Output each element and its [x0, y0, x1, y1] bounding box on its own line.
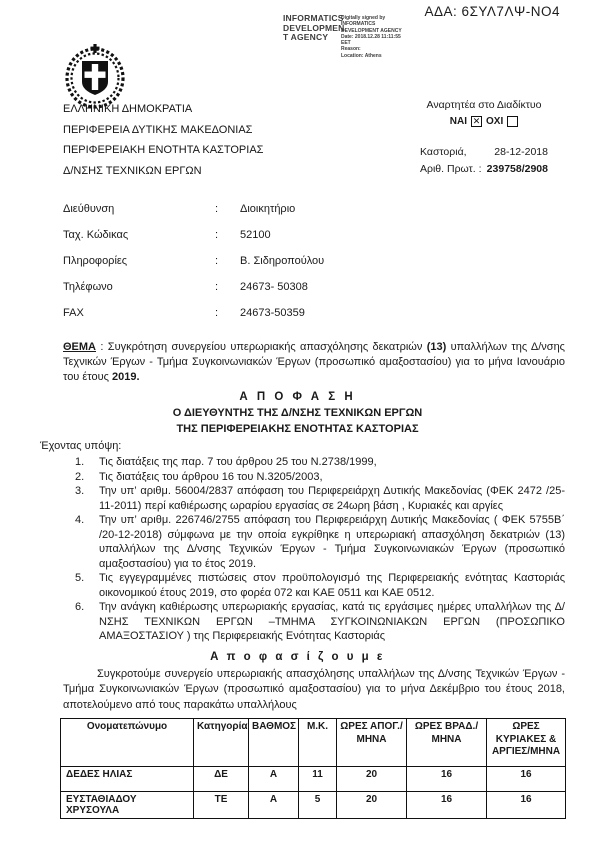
header-cell-afternoon: ΩΡΕΣ ΑΠΟΓ./ΜΗΝΑ [337, 719, 407, 767]
item-text: Τις διατάξεις της παρ. 7 του άρθρου 25 τ… [99, 455, 565, 470]
contact-value: 52100 [240, 229, 271, 241]
protocol-number: 239758/2908 [487, 163, 548, 175]
having-regard-label: Έχοντας υπόψη: [40, 440, 565, 452]
item-number: 5. [75, 571, 99, 600]
employee-sunday-hours: 16 [487, 767, 566, 792]
item-text: Τις διατάξεις του άρθρου 16 του Ν.3205/2… [99, 470, 565, 485]
employee-mk: 11 [299, 767, 337, 792]
posting-yes-no-row: ΝΑΙ ✕ ΟΧΙ [420, 116, 548, 127]
page-header: ΑΔΑ: 6ΣΥΛ7ΛΨ-ΝΟ4 INFORMATICS DEVELOPMEN … [0, 0, 595, 197]
employee-night-hours: 16 [407, 792, 487, 819]
hypothesis-item: 4. Την υπ’ αριθμ. 226746/2755 απόφαση το… [75, 513, 565, 571]
header-cell-grade: ΒΑΘΜΟΣ [249, 719, 299, 767]
hypotheses-list: 1. Τις διατάξεις της παρ. 7 του άρθρου 2… [75, 455, 565, 644]
contact-info-section: Διεύθυνση : Διοικητήριο Ταχ. Κώδικας : 5… [63, 203, 595, 333]
yes-checkbox: ✕ [471, 116, 482, 127]
header-cell-name: Ονοματεπώνυμο [61, 719, 194, 767]
table-row: ΔΕΔΕΣ ΗΛΙΑΣ ΔΕ Α 11 20 16 16 [61, 767, 566, 792]
employee-category: ΤΕ [194, 792, 249, 819]
hypothesis-item: 6. Την ανάγκη καθιέρωσης υπερωριακής εργ… [75, 600, 565, 644]
org-line: Δ/ΝΣΗΣ ΤΕΧΝΙΚΩΝ ΕΡΓΩΝ [63, 161, 263, 182]
org-line: ΠΕΡΙΦΕΡΕΙΑ ΔΥΤΙΚΗΣ ΜΑΚΕΔΟΝΙΑΣ [63, 120, 263, 141]
hypothesis-item: 3. Την υπ’ αριθμ. 56004/2837 απόφαση του… [75, 484, 565, 513]
decision-subtitle: ΤΗΣ ΠΕΡΙΦΕΡΕΙΑΚΗΣ ΕΝΟΤΗΤΑΣ ΚΑΣΤΟΡΙΑΣ [0, 423, 595, 435]
org-line: ΕΛΛΗΝΙΚΗ ΔΗΜΟΚΡΑΤΙΑ [63, 99, 263, 120]
contact-value: 24673-50359 [240, 307, 305, 319]
item-text: Την υπ’ αριθμ. 56004/2837 απόφαση του Πε… [99, 484, 565, 513]
employee-sunday-hours: 16 [487, 792, 566, 819]
contact-row: Διεύθυνση : Διοικητήριο [63, 203, 595, 229]
colon: : [215, 229, 240, 241]
employee-afternoon-hours: 20 [337, 767, 407, 792]
contact-label: Τηλέφωνο [63, 281, 215, 293]
contact-value: Β. Σιδηροπούλου [240, 255, 324, 267]
no-checkbox [507, 116, 518, 127]
header-cell-night: ΩΡΕΣ ΒΡΑΔ./ΜΗΝΑ [407, 719, 487, 767]
contact-label: Ταχ. Κώδικας [63, 229, 215, 241]
item-number: 4. [75, 513, 99, 571]
digital-signature-details: Digitally signed by INFORMATICS DEVELOPM… [341, 15, 421, 59]
contact-label: FAX [63, 307, 215, 319]
decision-title: Α Π Ο Φ Α Σ Η [0, 391, 595, 403]
colon: : [215, 307, 240, 319]
issuing-authority-block: ΕΛΛΗΝΙΚΗ ΔΗΜΟΚΡΑΤΙΑ ΠΕΡΙΦΕΡΕΙΑ ΔΥΤΙΚΗΣ Μ… [63, 99, 263, 181]
colon: : [215, 255, 240, 267]
contact-value: Διοικητήριο [240, 203, 295, 215]
yes-label: ΝΑΙ [450, 116, 467, 127]
item-text: Την ανάγκη καθιέρωσης υπερωριακής εργασί… [99, 600, 565, 644]
colon: : [215, 281, 240, 293]
decide-heading: Α π ο φ α σ ί ζ ο υ μ ε [0, 651, 595, 663]
contact-row: Πληροφορίες : Β. Σιδηροπούλου [63, 255, 595, 281]
document-page: ΑΔΑ: 6ΣΥΛ7ΛΨ-ΝΟ4 INFORMATICS DEVELOPMEN … [0, 0, 595, 842]
hypothesis-item: 1. Τις διατάξεις της παρ. 7 του άρθρου 2… [75, 455, 565, 470]
contact-row: Τηλέφωνο : 24673- 50308 [63, 281, 595, 307]
contact-row: Ταχ. Κώδικας : 52100 [63, 229, 595, 255]
employee-category: ΔΕ [194, 767, 249, 792]
check-icon: ✕ [473, 117, 481, 126]
subject-label: ΘΕΜΑ [63, 341, 96, 353]
internet-posting-notice: Αναρτητέα στο Διαδίκτυο [420, 99, 548, 111]
ada-code: ΑΔΑ: 6ΣΥΛ7ΛΨ-ΝΟ4 [0, 4, 560, 19]
employee-grade: Α [249, 767, 299, 792]
agency-line: T AGENCY [283, 33, 341, 43]
employee-afternoon-hours: 20 [337, 792, 407, 819]
header-cell-sundays: ΩΡΕΣ ΚΥΡΙΑΚΕΣ & ΑΡΓΙΕΣ/ΜΗΝΑ [487, 719, 566, 767]
header-cell-mk: Μ.Κ. [299, 719, 337, 767]
no-label: ΟΧΙ [486, 116, 503, 127]
contact-value: 24673- 50308 [240, 281, 308, 293]
item-number: 6. [75, 600, 99, 644]
header-cell-category: Κατηγορία [194, 719, 249, 767]
org-line: ΠΕΡΙΦΕΡΕΙΑΚΗ ΕΝΟΤΗΤΑ ΚΑΣΤΟΡΙΑΣ [63, 140, 263, 161]
item-number: 3. [75, 484, 99, 513]
employee-name: ΔΕΔΕΣ ΗΛΙΑΣ [61, 767, 194, 792]
table-row: ΕΥΣΤΑΘΙΑΔΟΥ ΧΡΥΣΟΥΛΑ ΤΕ Α 5 20 16 16 [61, 792, 566, 819]
table-header-row: Ονοματεπώνυμο Κατηγορία ΒΑΘΜΟΣ Μ.Κ. ΩΡΕΣ… [61, 719, 566, 767]
employee-name: ΕΥΣΤΑΘΙΑΔΟΥ ΧΡΥΣΟΥΛΑ [61, 792, 194, 819]
protocol-label: Αριθ. Πρωτ. : [420, 163, 482, 175]
decision-paragraph: Συγκροτούμε συνεργείο υπερωριακής απασχό… [63, 667, 565, 714]
protocol-row: Αριθ. Πρωτ. : 239758/2908 [420, 163, 548, 175]
contact-label: Πληροφορίες [63, 255, 215, 267]
staff-hours-table: Ονοματεπώνυμο Κατηγορία ΒΑΘΜΟΣ Μ.Κ. ΩΡΕΣ… [60, 718, 566, 819]
colon: : [215, 203, 240, 215]
employee-night-hours: 16 [407, 767, 487, 792]
item-number: 1. [75, 455, 99, 470]
digital-signature-agency: INFORMATICS DEVELOPMEN T AGENCY [283, 14, 341, 43]
subject-paragraph: ΘΕΜΑ : Συγκρότηση συνεργείου υπερωριακής… [63, 340, 565, 385]
place-date-row: Καστοριά, 28-12-2018 [420, 146, 548, 158]
item-text: Την υπ’ αριθμ. 226746/2755 απόφαση του Π… [99, 513, 565, 571]
contact-row: FAX : 24673-50359 [63, 307, 595, 333]
decision-subtitle: Ο ΔΙΕΥΘΥΝΤΗΣ ΤΗΣ Δ/ΝΣΗΣ ΤΕΧΝΙΚΩΝ ΕΡΓΩΝ [0, 407, 595, 419]
header-right-block: Αναρτητέα στο Διαδίκτυο ΝΑΙ ✕ ΟΧΙ Καστορ… [420, 99, 548, 175]
hypothesis-item: 2. Τις διατάξεις του άρθρου 16 του Ν.320… [75, 470, 565, 485]
employee-mk: 5 [299, 792, 337, 819]
contact-label: Διεύθυνση [63, 203, 215, 215]
hypothesis-item: 5. Τις εγγεγραμμένες πιστώσεις στον προϋ… [75, 571, 565, 600]
item-text: Τις εγγεγραμμένες πιστώσεις στον προϋπολ… [99, 571, 565, 600]
document-date: 28-12-2018 [494, 146, 548, 158]
city-label: Καστοριά, [420, 146, 467, 158]
item-number: 2. [75, 470, 99, 485]
employee-grade: Α [249, 792, 299, 819]
